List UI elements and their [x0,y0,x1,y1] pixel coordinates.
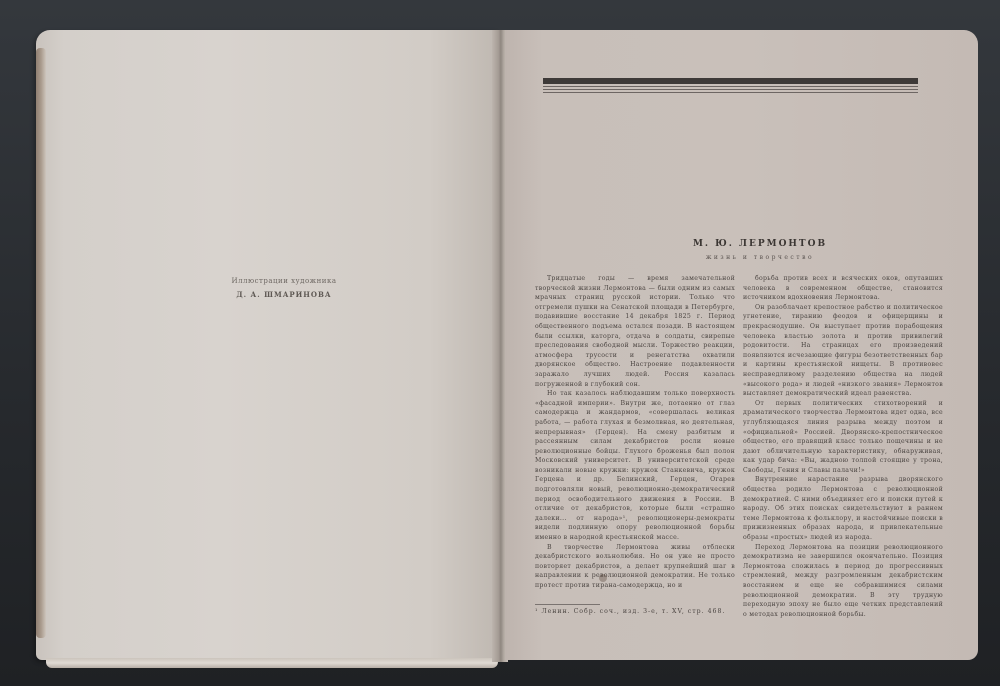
illustrator-caption-line1: Иллюстрации художника [204,274,364,288]
paragraph: Но так казалось наблюдавшим только повер… [535,389,735,543]
header-rule-thin-1 [543,86,918,87]
header-rule-thin-2 [543,89,918,90]
chapter-title: М. Ю. ЛЕРМОНТОВ [660,239,860,249]
right-page: М. Ю. ЛЕРМОНТОВ жизнь и творчество Тридц… [505,30,978,660]
illustrator-name: Д. А. ШМАРИНОВА [204,288,364,302]
illustrator-caption: Иллюстрации художника Д. А. ШМАРИНОВА [204,274,364,302]
paragraph: Внутренние нарастание разрыва дворянског… [743,475,943,542]
footnote: ¹ Ленин. Собр. соч., изд. 3-е, т. XV, ст… [535,608,735,615]
left-page-edge [36,48,46,638]
chapter-subtitle: жизнь и творчество [660,254,860,261]
left-page: Иллюстрации художника Д. А. ШМАРИНОВА [36,30,498,660]
paragraph: В творчестве Лермонтова живы отблески де… [535,543,735,591]
paragraph: Тридцатые годы — время замечательной тво… [535,274,735,389]
footnote-rule [535,604,600,605]
header-rule-thin-3 [543,92,918,93]
paragraph: От первых политических стихотворений и д… [743,399,943,476]
text-column-left: Тридцатые годы — время замечательной тво… [535,274,735,591]
header-rule-thick [543,78,918,84]
text-column-right: борьба против всех и всяческих оков, опу… [743,274,943,619]
paper-stain [599,574,607,582]
paragraph: борьба против всех и всяческих оков, опу… [743,274,943,303]
left-page-bottom-edge [46,658,498,668]
paragraph: Он разоблачает крепостное рабство и поли… [743,303,943,399]
paragraph: Переход Лермонтова на позиции революцион… [743,543,943,620]
